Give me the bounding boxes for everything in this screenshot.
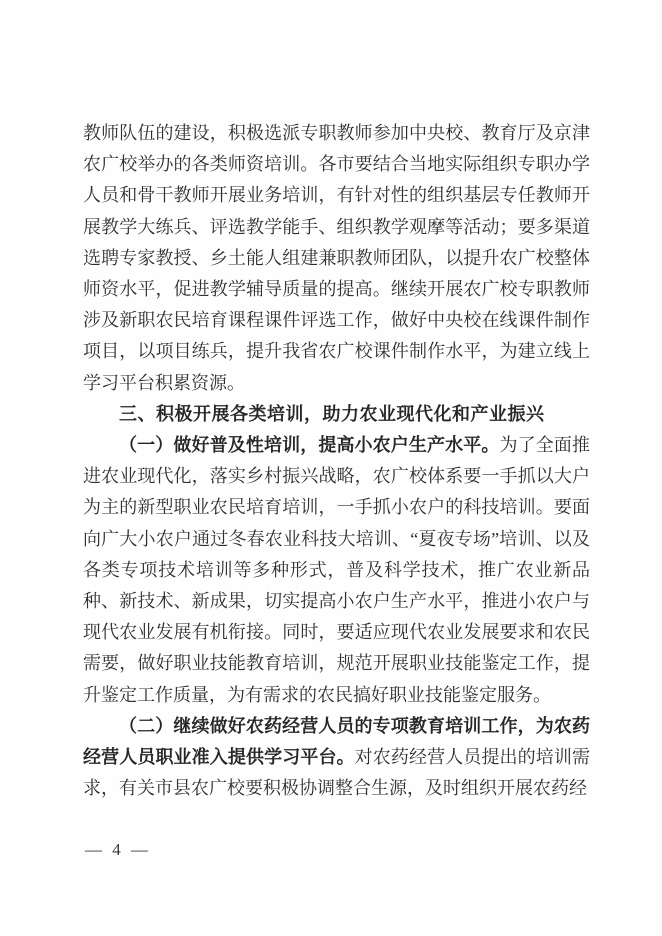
paragraph-item-1-text: 为了全面推进农业现代化，落实乡村振兴战略，农广校体系要一手抓以大户为主的新型职业… (83, 435, 590, 705)
document-page: 教师队伍的建设，积极选派专职教师参加中央校、教育厅及京津农广校举办的各类师资培训… (0, 0, 662, 936)
document-body: 教师队伍的建设，积极选派专职教师参加中央校、教育厅及京津农广校举办的各类师资培训… (83, 118, 590, 804)
paragraph-continued-text: 教师队伍的建设，积极选派专职教师参加中央校、教育厅及京津农广校举办的各类师资培训… (83, 123, 590, 393)
section-heading-text: 三、积极开展各类培训，助力农业现代化和产业振兴 (119, 404, 545, 424)
page-number: — 4 — (85, 840, 151, 860)
paragraph-item-1: （一）做好普及性培训，提高小农户生产水平。为了全面推进农业现代化，落实乡村振兴战… (83, 430, 590, 711)
paragraph-item-1-lead: （一）做好普及性培训，提高小农户生产水平。 (119, 435, 500, 455)
paragraph-continued: 教师队伍的建设，积极选派专职教师参加中央校、教育厅及京津农广校举办的各类师资培训… (83, 118, 590, 399)
section-heading: 三、积极开展各类培训，助力农业现代化和产业振兴 (83, 399, 590, 430)
paragraph-item-2: （二）继续做好农药经营人员的专项教育培训工作，为农药经营人员职业准入提供学习平台… (83, 711, 590, 805)
